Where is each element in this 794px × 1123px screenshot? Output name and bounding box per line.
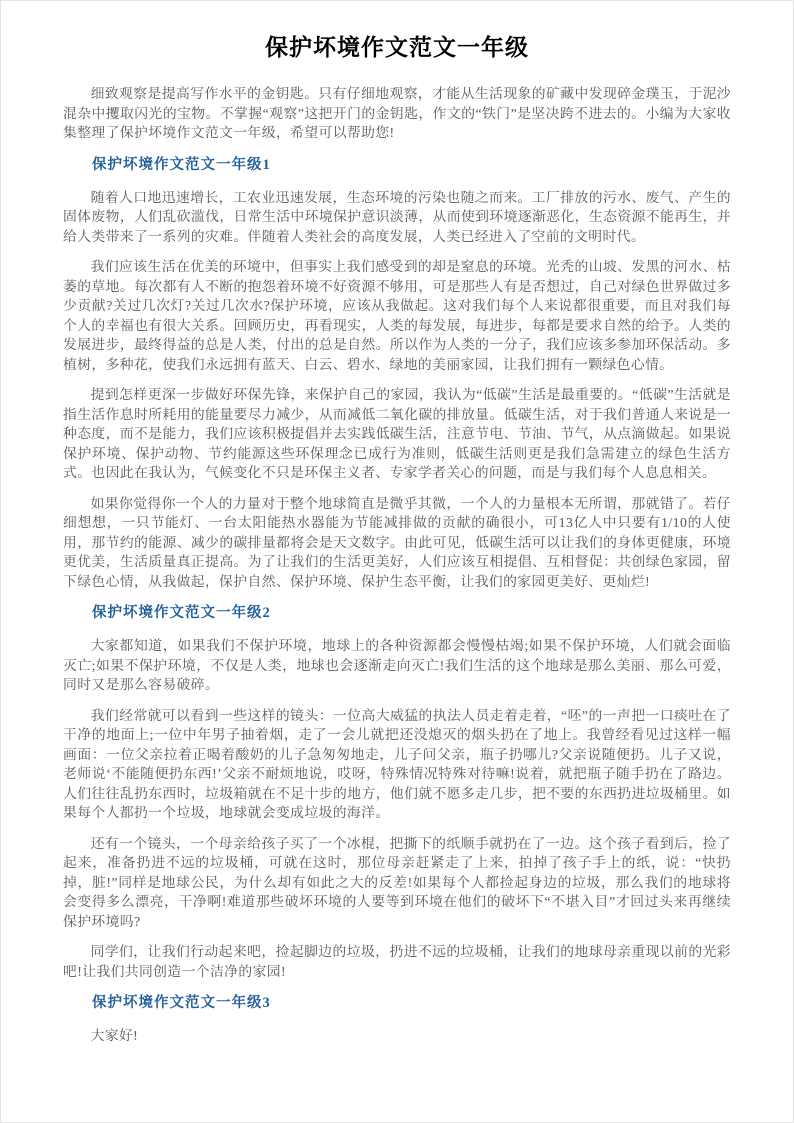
document-page: 保护坏境作文范文一年级 细致观察是提高写作水平的金钥匙。只有仔细地观察，才能从生… — [0, 0, 794, 1123]
section-1-heading: 保护坏境作文范文一年级1 — [63, 156, 731, 175]
section-1-paragraph-2: 我们应该生活在优美的环境中，但事实上我们感受到的却是窒息的环境。光秃的山坡、发黑… — [63, 257, 731, 374]
section-2-paragraph-1: 大家都知道，如果我们不保护环境，地球上的各种资源都会慢慢枯竭;如果不保护环境，人… — [63, 636, 731, 695]
section-3-heading: 保护坏境作文范文一年级3 — [63, 994, 731, 1013]
section-2-paragraph-3: 还有一个镜头，一个母亲给孩子买了一个冰棍，把撕下的纸顺手就扔在了一边。这个孩子看… — [63, 834, 731, 932]
section-1-paragraph-1: 随着人口地迅速增长，工农业迅速发展，生态环境的污染也随之而来。工厂排放的污水、废… — [63, 188, 731, 247]
section-1-paragraph-3: 提到怎样更深一步做好环保先锋，来保护自己的家园，我认为“低碳”生活是最重要的。“… — [63, 385, 731, 483]
intro-paragraph: 细致观察是提高写作水平的金钥匙。只有仔细地观察，才能从生活现象的矿藏中发现碎金璞… — [63, 84, 731, 143]
section-1-paragraph-4: 如果你觉得你一个人的力量对于整个地球简直是微乎其微，一个人的力量根本无所谓，那就… — [63, 494, 731, 592]
section-2-heading: 保护坏境作文范文一年级2 — [63, 604, 731, 623]
document-title: 保护坏境作文范文一年级 — [63, 29, 731, 62]
section-2-paragraph-4: 同学们，让我们行动起来吧，捡起脚边的垃圾，扔进不远的垃圾桶，让我们的地球母亲重现… — [63, 942, 731, 981]
section-2-paragraph-2: 我们经常就可以看到一些这样的镜头：一位高大威猛的执法人员走着走着，“呸”的一声把… — [63, 706, 731, 823]
section-3-paragraph-1: 大家好! — [63, 1026, 731, 1046]
